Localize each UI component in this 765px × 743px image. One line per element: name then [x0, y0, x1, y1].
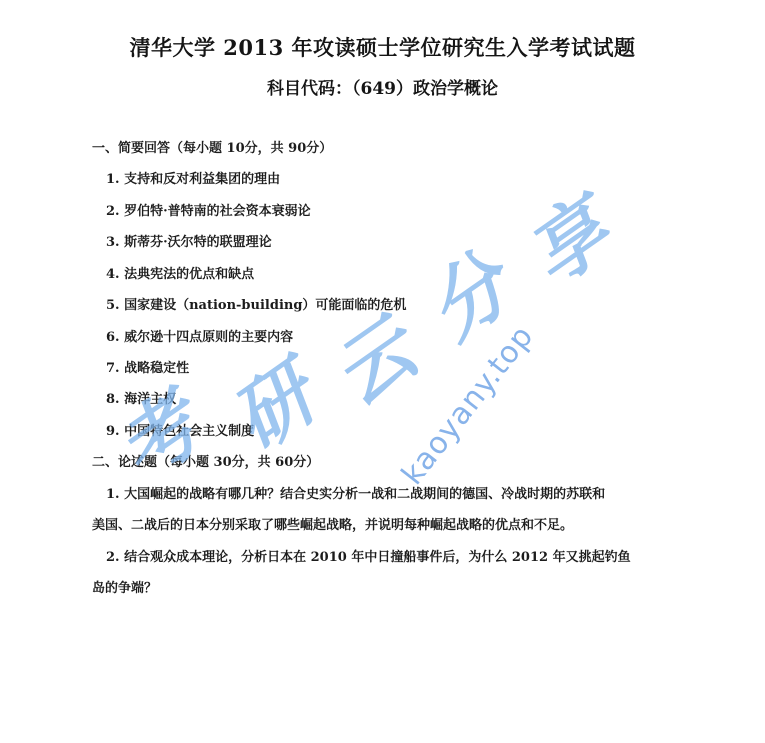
watermark-char: 云 — [320, 310, 429, 419]
watermark-char: 分 — [415, 245, 524, 354]
essay-question-2-line-2: 岛的争端？ — [92, 577, 157, 596]
section-heading-essay: 二、论述题（每小题 30分，共 60分） — [92, 451, 319, 470]
question-item: 8. 海洋主权 — [106, 388, 176, 407]
question-item: 7. 战略稳定性 — [106, 357, 189, 376]
exam-title: 清华大学 2013 年攻读硕士学位研究生入学考试试题 — [0, 32, 765, 62]
essay-question-1-line-2: 美国、二战后的日本分别采取了哪些崛起战略，并说明每种崛起战略的优点和不足。 — [92, 514, 573, 533]
essay-question-2-line-1: 2. 结合观众成本理论，分析日本在 2010 年中日撞船事件后，为什么 2012… — [106, 546, 631, 565]
exam-page: 清华大学 2013 年攻读硕士学位研究生入学考试试题 科目代码：（649）政治学… — [0, 0, 765, 743]
question-item: 9. 中国特色社会主义制度 — [106, 420, 254, 439]
question-item: 4. 法典宪法的优点和缺点 — [106, 263, 254, 282]
watermark-char: 研 — [220, 355, 329, 464]
question-item: 2. 罗伯特·普特南的社会资本衰弱论 — [106, 200, 311, 219]
watermark-char: 享 — [515, 190, 624, 299]
section-heading-short-answer: 一、简要回答（每小题 10分，共 90分） — [92, 137, 332, 156]
essay-question-1-line-1: 1. 大国崛起的战略有哪几种？结合史实分析一战和二战期间的德国、冷战时期的苏联和 — [106, 483, 605, 502]
question-item: 6. 威尔逊十四点原则的主要内容 — [106, 326, 293, 345]
question-item: 3. 斯蒂芬·沃尔特的联盟理论 — [106, 231, 272, 250]
subject-code: 科目代码：（649）政治学概论 — [0, 74, 765, 99]
watermark-url: kaoyany.top — [395, 319, 541, 492]
question-item: 1. 支持和反对利益集团的理由 — [106, 168, 280, 187]
question-item: 5. 国家建设（nation-building）可能面临的危机 — [106, 294, 406, 313]
